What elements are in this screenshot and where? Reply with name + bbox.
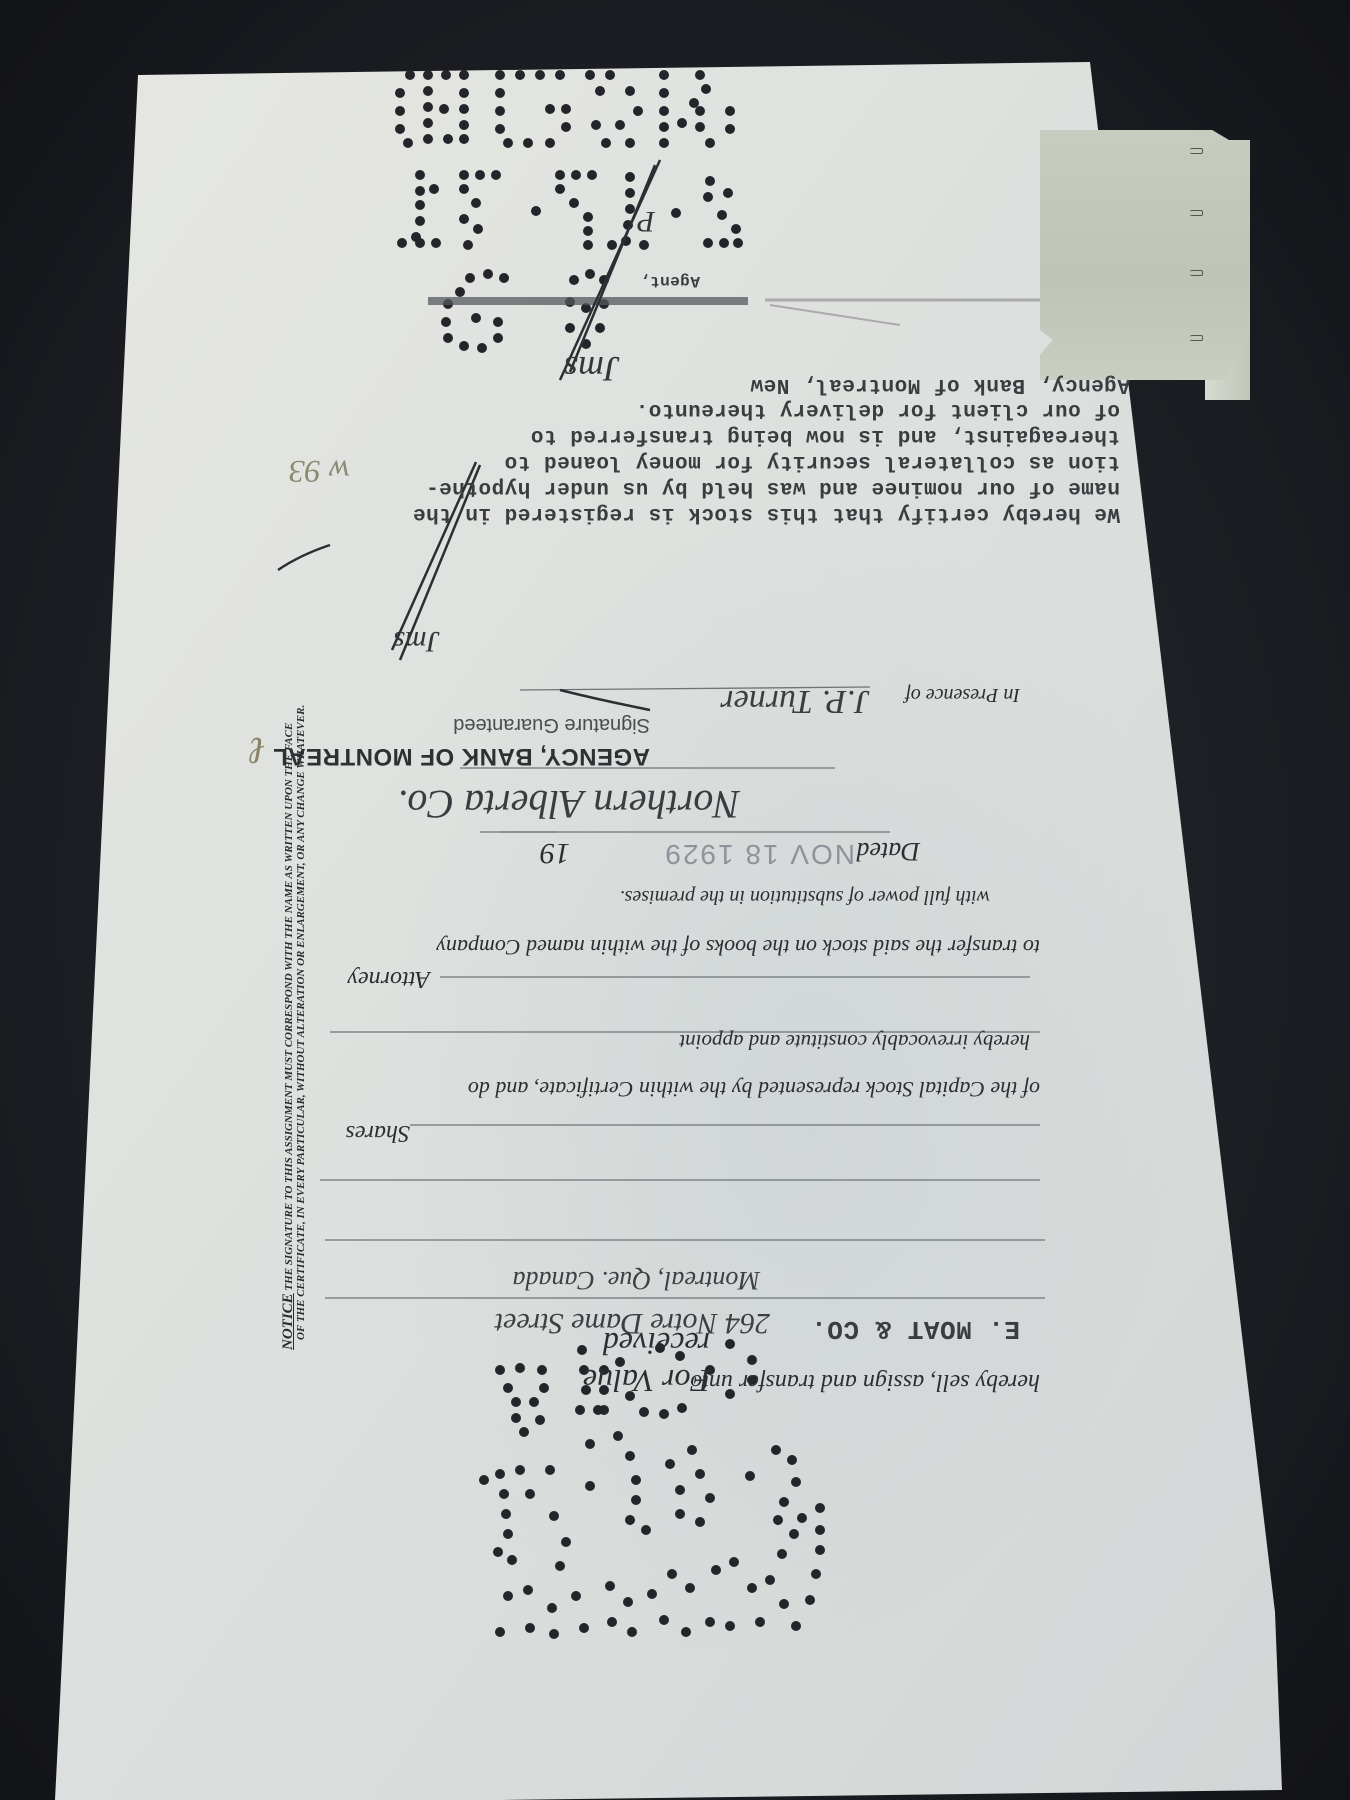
initial-p: P [625, 198, 655, 238]
certificate-photo: Agency, Bank of Montreal, New Agent, We … [0, 0, 1350, 1800]
typed-agency-line: Agency, Bank of Montreal, New [630, 368, 1130, 396]
assignee-address-line2: Montreal, Que. Canada [320, 1255, 760, 1295]
attorney-label: Attorney [320, 958, 430, 992]
witness-signature: J.P. Turner [640, 672, 870, 720]
staple-icon [1190, 148, 1203, 154]
pencil-note: w 93 [270, 440, 350, 490]
staple-icon [1190, 210, 1203, 216]
initials-top: Jms [560, 300, 620, 390]
assignor-signature: Northern Alberta Co. [320, 768, 740, 828]
typed-struck-word: Agent, [610, 270, 700, 290]
initials-middle: Jms [370, 612, 440, 658]
year-prefix: 19 [530, 834, 570, 870]
preamble-line: hereby sell, assign and transfer unto Fo… [520, 1355, 1040, 1399]
capital-stock-text: of the Capital Stock represented by the … [320, 1072, 1040, 1102]
witness-label: In Presence of [880, 676, 1020, 706]
date-stamp: NOV 18 1929 [655, 836, 855, 870]
staple-icon [1190, 335, 1203, 341]
typed-certification-block: We hereby certify that this stock is reg… [640, 395, 1120, 525]
pencil-flourish: ℓ [195, 712, 265, 772]
signature-guarantee-stamp: AGENCY, BANK OF MONTREAL Signature Guara… [330, 700, 660, 770]
assignee-name: E. MOAT & CO. [800, 1310, 1020, 1344]
substitution-text: with full power of substitution in the p… [550, 878, 990, 908]
staple-icon [1190, 270, 1203, 276]
transfer-text: to transfer the said stock on the books … [320, 930, 1040, 960]
appoint-text: hereby irrevocably constitute and appoin… [590, 1024, 1030, 1054]
notice-line-2: OF THE CERTIFICATE, IN EVERY PARTICULAR,… [295, 705, 307, 1340]
shares-label: Shares [320, 1112, 410, 1146]
tape-patch [1040, 130, 1250, 380]
